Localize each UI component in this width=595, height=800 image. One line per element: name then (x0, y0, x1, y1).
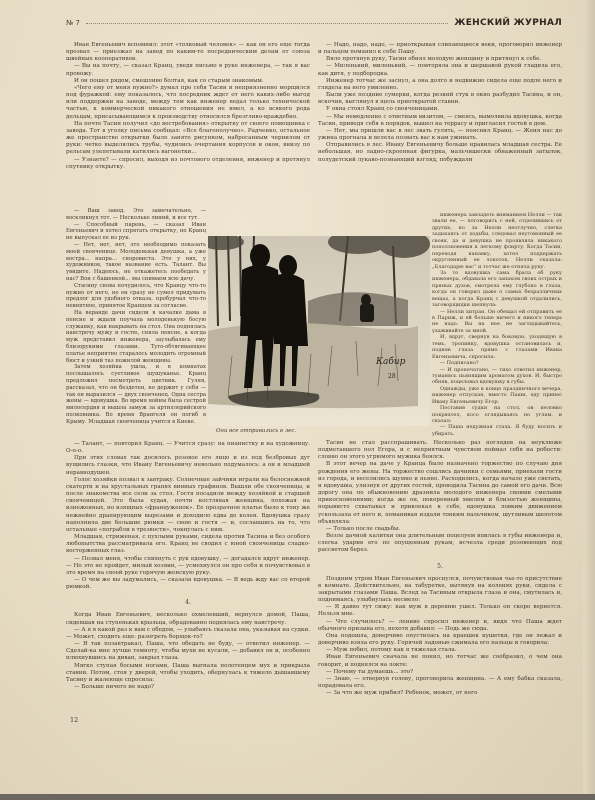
magazine-page: № 7 ЖЕНСКИЙ ЖУРНАЛ Иван Евгеньевич вспом… (0, 0, 595, 800)
paragraph: — Узнаете? — спросил, выходя из почтовог… (66, 157, 310, 171)
paragraph: — Почему ты думаешь... это? (318, 669, 562, 676)
left-column-bottom: — Талант, — повторил Кранц. — Учится сра… (66, 441, 310, 691)
paragraph: В этот вечер на даче у Кранца было назна… (318, 461, 562, 525)
paragraph: — Позвал меня, чтобы спихнуть с рук вдов… (66, 556, 310, 577)
paragraph: — Я давно тут сижу: как муж в деревню уш… (318, 604, 562, 618)
paragraph: — Вы на почту, — сказал Кранц, уведя пис… (66, 63, 310, 77)
paragraph: Возле дачной калитки она длительным поце… (318, 533, 562, 554)
paragraph: На почте Тасин получил «до востребования… (66, 121, 310, 157)
paragraph: Мягко ступая босыми ногами, Паша выгнала… (66, 663, 310, 684)
paragraph: инженера завладеть вниманием Нелли — так… (432, 212, 562, 270)
paragraph: Стасину снова почудилось, что Кранцу что… (66, 283, 206, 310)
svg-text:28: 28 (388, 373, 396, 380)
left-column-top: Иван Евгеньевич вспомнил: этот «толковый… (66, 42, 310, 171)
paragraph: Младшая, стриженая, с пухлыми руками, си… (66, 534, 310, 555)
paragraph: — Нет, нет, нет, это необходимо показать… (66, 242, 206, 283)
paragraph: — Способный парень, — сказал Иван Евгень… (66, 222, 206, 242)
paragraph: — Паша недужная стала. Я буду носить и у… (432, 424, 562, 437)
paragraph: У окна стоял Кранц со свояченицами. (318, 106, 562, 113)
paragraph: — О чем же вы задумались, — сказала вдов… (66, 577, 310, 591)
paragraph: Отправились в лес. Ивану Евгеньевичу бол… (318, 142, 562, 163)
running-header: № 7 ЖЕНСКИЙ ЖУРНАЛ (66, 16, 562, 30)
right-column-top: — Надо, надо, надо, — приоткрывая слипаю… (318, 42, 562, 164)
paragraph: Затем хозяйка ушла, и в комнатах послыша… (66, 364, 206, 425)
paragraph: Инженер тотчас же заснул, а она долго и … (318, 78, 562, 92)
paragraph: При этих словах так досилось розовое его… (66, 455, 310, 476)
paragraph: — Нет, мы пришли вас в лес звать гулять,… (318, 128, 562, 142)
paragraph: И он пошел рядом, смешливо болтая, как с… (66, 78, 310, 85)
paragraph: — Надо, надо, надо, — приоткрывая слипаю… (318, 42, 562, 56)
paragraph: Были уже поздние сумерки, когда резкий с… (318, 92, 562, 106)
scan-bottom-edge (0, 794, 595, 800)
paragraph: Поздним утром Иван Евгеньевич проснулся,… (318, 576, 562, 605)
paragraph: Иван Евгеньевич вспомнил: этот «толковый… (66, 42, 310, 63)
right-column-narrow: инженера завладеть вниманием Нелли — так… (432, 212, 562, 437)
paragraph: — Что случилось? — лениво спросил инжене… (318, 619, 562, 633)
paragraph: За то вдовушка сама брала об руку инжене… (432, 270, 562, 309)
paragraph: Поставив судки на стол, он неловко покря… (432, 405, 562, 424)
paragraph: — Больше ничего не надо? (66, 684, 310, 691)
paragraph: Голос хозяйки позвал к завтраку. Солнечн… (66, 477, 310, 534)
paragraph: Тасин не стал расспрашивать. Несколько р… (318, 440, 562, 461)
left-column-narrow: — Ваш завод. Это замечательно, — восклик… (66, 208, 206, 426)
section-number: 5. (318, 563, 562, 570)
page-edge (583, 0, 595, 800)
illustration: Кабир 28 (208, 236, 430, 426)
magazine-title: ЖЕНСКИЙ ЖУРНАЛ (454, 18, 562, 28)
paragraph: — Я так позавтракал, Паша, что обедать н… (66, 641, 310, 662)
paragraph: Иван Евгеньевич сначала не понял, но тот… (318, 654, 562, 668)
header-dotted-rule (86, 23, 448, 24)
paragraph: Она подошла, доверчиво опустилась на кра… (318, 633, 562, 647)
paragraph: Когда Иван Евгеньевич, несколько охмелев… (66, 612, 310, 626)
issue-number: № 7 (66, 19, 80, 27)
paragraph: «Чего ему от меня нужно?» думал про себя… (66, 85, 310, 121)
paragraph: — Талант, — повторил Кранц. — Учится сра… (66, 441, 310, 455)
paragraph: — За что же муж прибил? Ребенок, может, … (318, 690, 562, 697)
paragraph: — Нелли хитрая. Он обещал ей отправить е… (432, 309, 562, 335)
paragraph: И, вдруг, свернув на боковую, уходящую в… (432, 334, 562, 360)
paragraph: — Только после свадьбы. (318, 526, 562, 533)
paragraph: — Ваш завод. Это замечательно, — восклик… (66, 208, 206, 222)
artist-signature: Кабир (375, 356, 406, 367)
paragraph: На веранде дачи сидели в качалке дама в … (66, 310, 206, 364)
page-number: 12 (70, 716, 78, 724)
paragraph: — Знаю, — отвернув голову, проговорила ж… (318, 676, 562, 690)
illustration-caption: Они все отправились в лес. (216, 428, 296, 434)
paragraph: — И пропечатано, — тихо ответил инженер,… (432, 367, 562, 386)
couple-in-forest-illustration: Кабир 28 (208, 236, 430, 426)
paragraph: — А я в какой раз к вам с обедом, — улыб… (66, 627, 310, 641)
paragraph: Вяло протянув руку, Тасин обнял молодую … (318, 56, 562, 63)
paragraph: — Миленький, миленький, — повторяла она … (318, 63, 562, 77)
right-column-bottom: Тасин не стал расспрашивать. Несколько р… (318, 440, 562, 697)
paragraph: — Мы немедленно с ответным визитом, — см… (318, 114, 562, 128)
section-number: 4. (66, 599, 310, 606)
paragraph: Однажды, уже в конце праздничного вечера… (432, 386, 562, 405)
